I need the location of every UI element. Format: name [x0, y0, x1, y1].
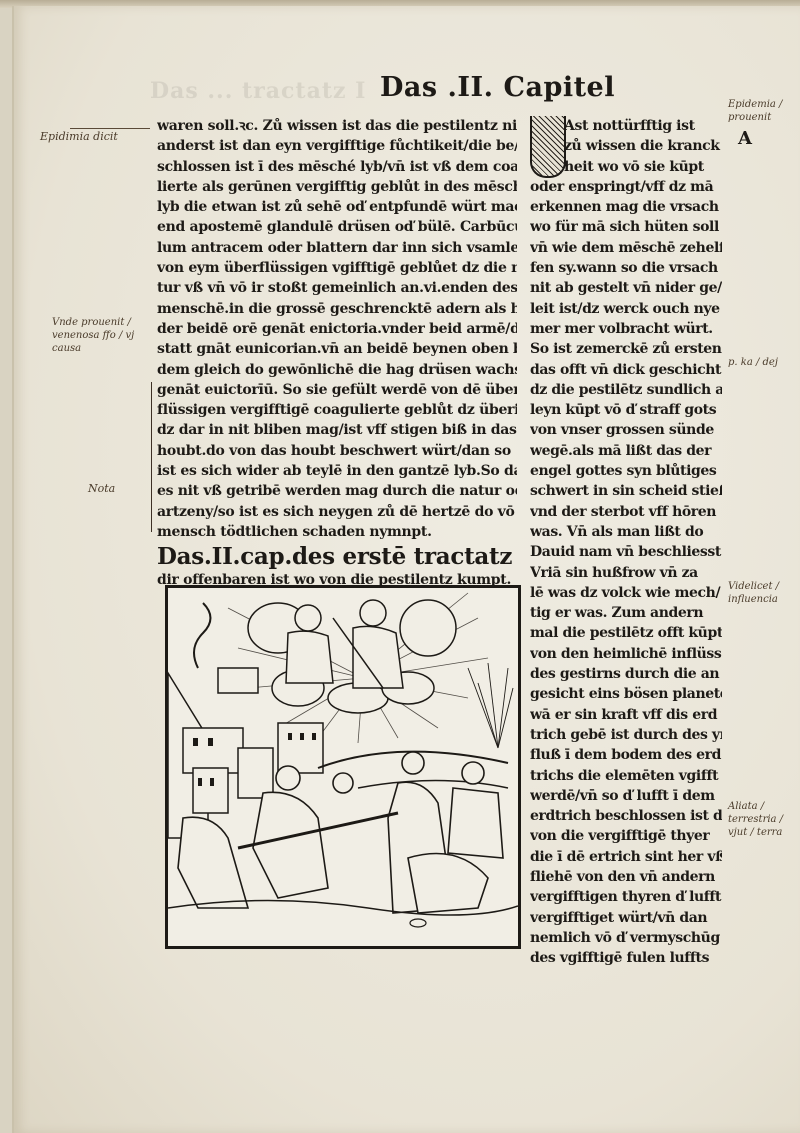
text-line: end apostemē glandulē drüsen oď bülē. Ca… [157, 217, 517, 237]
text-line: nemlich vō ď vermyschūg [530, 928, 722, 948]
text-line: anderst ist dan eyn vergifftige fůchtike… [157, 136, 517, 156]
text-line: wo für mā sich hüten soll [530, 217, 722, 237]
text-line: ist es sich wider ab teylē in den gantzē… [157, 461, 517, 481]
marginal-bracket [151, 382, 156, 532]
marginal-note-left-1: Epidimia dicit [40, 130, 118, 143]
text-line: flüssigen vergifftigē coagulierte geblůt… [157, 400, 517, 420]
text-line: lē was dz volck wie mech/ [530, 583, 722, 603]
text-line: mal die pestilētz offt kūpt [530, 623, 722, 643]
text-line: trich gebē ist durch des yn [530, 725, 722, 745]
text-line: schlossen ist ī des mēsché lyb/vn̄ ist v… [157, 157, 517, 177]
text-line: menschē.in die grossē geschrencktē adern… [157, 299, 517, 319]
text-line: schwert in sin scheid stieß [530, 481, 722, 501]
text-line: leyn kūpt vō ď straff gots [530, 400, 722, 420]
marginal-note-right-3: Videlicet / influencia [728, 580, 798, 606]
text-line: tig er was. Zum andern [530, 603, 722, 623]
running-head: Das .II. Capitel [380, 72, 615, 103]
text-line: fen sy.wann so die vrsach [530, 258, 722, 278]
text-line: mer mer volbracht würt. [530, 319, 722, 339]
text-line: houbt.do von das houbt beschwert würt/da… [157, 441, 517, 461]
marginal-rule [70, 128, 150, 129]
text-line: Vriā sin hußfrow vn̄ za [530, 563, 722, 583]
text-line: mensch tödtlichen schaden nymnpt. [157, 522, 517, 542]
text-line: dem gleich do gewōnlichē die hag drüsen … [157, 360, 517, 380]
text-line: Dauid nam vn̄ beschliesst [530, 542, 722, 562]
marginal-note-left-2: Vnde prouenit / venenosa ffo / vj causa [52, 316, 152, 355]
text-line: fluß ī dem bodem des erd [530, 745, 722, 765]
text-line: werdē/vn̄ so ď lufft ī dem [530, 786, 722, 806]
text-line: vergifftigen thyren ď lufft [530, 887, 722, 907]
text-line: dz dar in nit bliben mag/ist vff stigen … [157, 420, 517, 440]
text-line: wā er sin kraft vff dis erd [530, 705, 722, 725]
text-line: dz die pestilētz sundlich al [530, 380, 722, 400]
chapter-heading: Das.II.cap.des erstē tractatz [157, 543, 517, 571]
text-line: tur vß vn̄ vō ir stoßt gemeinlich an.vi.… [157, 278, 517, 298]
text-line: engel gottes syn blůtiges [530, 461, 722, 481]
text-line: von eym überflüssigen vgifftigē geblůet … [157, 258, 517, 278]
decorated-initial-letter: W [530, 116, 566, 178]
text-line: fliehē von den vn̄ andern [530, 867, 722, 887]
text-line: erdtrich beschlossen ist do [530, 806, 722, 826]
text-line: erkennen mag die vrsach [530, 197, 722, 217]
text-line: des gestirns durch die an [530, 664, 722, 684]
left-text-column: waren soll.ꝛc. Zů wissen ist das die pes… [157, 116, 517, 589]
text-line: nit ab gestelt vn̄ nider ge/ [530, 278, 722, 298]
text-line: lum antracem oder blattern dar inn sich … [157, 238, 517, 258]
text-line: vn̄ wie dem mēschē zehelf/ [530, 238, 722, 258]
text-line: wegē.als mā lißt das der [530, 441, 722, 461]
text-line: vnd der sterbot vff hōren [530, 502, 722, 522]
marginal-note-left-3: Nota [88, 482, 115, 495]
text-line: vergifftiget würt/vn̄ dan [530, 908, 722, 928]
text-line: genāt euictorīū. So sie gefült werdē von… [157, 380, 517, 400]
text-line: lierte als gerūnen vergifftig geblůt in … [157, 177, 517, 197]
text-line: gesicht eins bösen planetē [530, 684, 722, 704]
text-line: von den heimlichē inflüssē [530, 644, 722, 664]
marginal-note-right-2: p. ka / dej [728, 356, 788, 369]
text-line: der beidē orē genāt enictoria.vnder beid… [157, 319, 517, 339]
text-line: die ī dē ertrich sint her vß [530, 847, 722, 867]
text-line: artzeny/so ist es sich neygen zů dē hert… [157, 502, 517, 522]
text-line: es nit vß getribē werden mag durch die n… [157, 481, 517, 501]
text-line: lyb die etwan ist zů sehē oď entpfundē w… [157, 197, 517, 217]
folio-signature: A [738, 128, 752, 149]
marginal-note-right-4: Aliata / terrestria / vjut / terra [728, 800, 798, 839]
text-line: des vgifftigē fulen luffts [530, 948, 722, 968]
text-line: So ist zemerckē zů ersten [530, 339, 722, 359]
woodcut-scene-graphic [168, 588, 518, 946]
marginal-note-right-1: Epidemia / prouenit [728, 98, 798, 124]
text-line: statt gnāt eunicorian.vn̄ an beidē beyne… [157, 339, 517, 359]
text-line: was. Vn̄ als man lißt do [530, 522, 722, 542]
text-line: waren soll.ꝛc. Zů wissen ist das die pes… [157, 116, 517, 136]
text-line: leit ist/dz werck ouch nye [530, 299, 722, 319]
text-line: von die vergifftigē thyer [530, 826, 722, 846]
text-line: das offt vn̄ dick geschicht [530, 360, 722, 380]
text-line: oder enspringt/vff dz mā [530, 177, 722, 197]
text-line: von vnser grossen sünde [530, 420, 722, 440]
text-line: trichs die elemēten vgifft [530, 766, 722, 786]
right-text-column: W Ast nottürfftig ist zů wissen die kran… [530, 116, 722, 968]
woodcut-illustration [165, 585, 521, 949]
